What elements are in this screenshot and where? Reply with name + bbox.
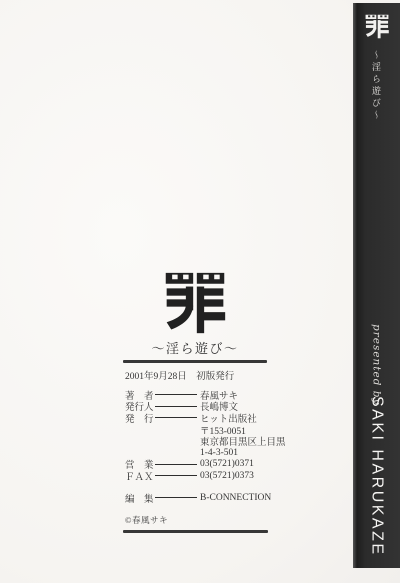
row-value: 1-4-3-501 <box>200 448 238 458</box>
spine-kanji-logo: 罪 <box>364 14 390 39</box>
copyright-notice: ©春風サキ <box>125 514 168 526</box>
dash-line <box>155 394 197 395</box>
row-label: 編 集 <box>125 491 155 505</box>
book-spine-strip: 罪 ～淫ら遊び～ presented by SAKI HARUKAZE <box>353 3 400 568</box>
dash-line <box>155 417 197 418</box>
divider-bottom <box>123 530 268 533</box>
publication-date: 2001年9月28日 初版発行 <box>125 368 234 382</box>
colophon-row-sales-phone: 営 業 03(5721)0371 <box>125 459 325 471</box>
row-value: 東京都目黒区上目黒 <box>200 434 286 448</box>
colophon-row-editing: 編 集 B-CONNECTION <box>125 492 325 504</box>
row-value: 03(5721)0371 <box>200 459 254 469</box>
tsumi-glyph-svg <box>162 271 228 335</box>
title-subtitle: ～淫ら遊び～ <box>95 338 295 357</box>
spine-presented-by: presented by <box>371 324 383 405</box>
colophon-row-address: 東京都目黒区上目黒 <box>125 435 325 447</box>
spine-subtitle-vertical: ～淫ら遊び～ <box>370 50 383 122</box>
dash-line <box>155 406 197 407</box>
colophon-table: 著 者 春風サキ 発行人 長嶋博文 発 行 ヒット出版社 〒153-0051 東… <box>125 389 325 503</box>
row-label: ＦＡＸ <box>125 469 155 483</box>
spine-author-name: SAKI HARUKAZE <box>368 396 386 557</box>
dash-line <box>155 497 197 498</box>
dash-line <box>155 475 197 476</box>
dash-line <box>155 464 197 465</box>
title-kanji-logo: 罪 <box>162 271 228 335</box>
divider-top <box>123 360 267 363</box>
colophon-row-address2: 1-4-3-501 <box>125 447 325 459</box>
row-value: 03(5721)0373 <box>200 471 254 481</box>
row-label: 発 行 <box>125 411 155 425</box>
row-value: B-CONNECTION <box>200 493 271 503</box>
tsumi-glyph-svg-small <box>364 14 390 39</box>
scanned-colophon-page: 罪 ～淫ら遊び～ 2001年9月28日 初版発行 著 者 春風サキ <box>0 0 400 583</box>
colophon-row-fax: ＦＡＸ 03(5721)0373 <box>125 470 325 482</box>
